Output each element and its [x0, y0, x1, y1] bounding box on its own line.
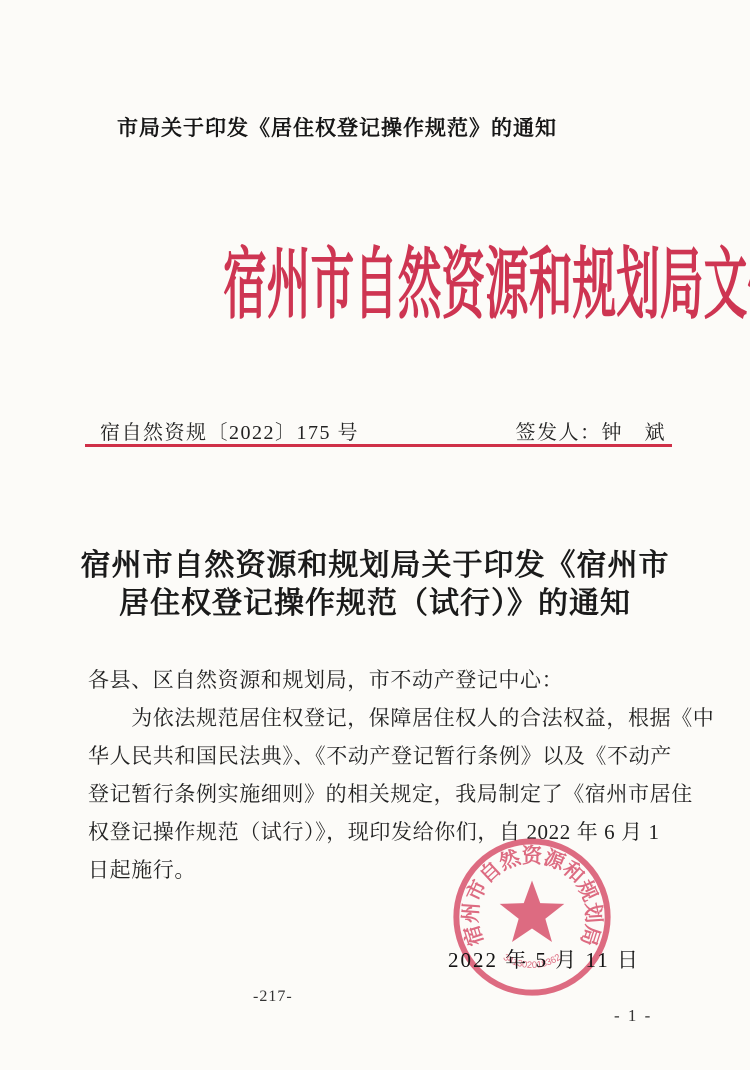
body-line: 华人民共和国民法典》、《不动产登记暂行条例》以及《不动产 — [88, 737, 678, 775]
seal-star-icon — [500, 880, 565, 942]
doc-title: 宿州市自然资源和规划局关于印发《宿州市 居住权登记操作规范（试行）》的通知 — [0, 547, 750, 623]
masthead-wrap: 宿州市自然资源和规划局文件 — [0, 240, 750, 330]
document-page: 市局关于印发《居住权登记操作规范》的通知 宿州市自然资源和规划局文件 宿自然资规… — [0, 0, 750, 1070]
red-rule — [85, 444, 672, 447]
masthead-title: 宿州市自然资源和规划局文件 — [223, 240, 750, 330]
doc-page-number: - 1 - — [614, 1006, 652, 1026]
book-page-number: -217- — [253, 988, 293, 1006]
official-seal: 宿州市自然资源和规划局 341302018362 — [447, 832, 617, 1002]
doc-title-line2: 居住权登记操作规范（试行）》的通知 — [0, 585, 750, 623]
body-line: 各县、区自然资源和规划局，市不动产登记中心： — [88, 661, 678, 699]
doc-number: 宿自然资规〔2022〕175 号 — [100, 416, 359, 445]
body-line: 为依法规范居住权登记，保障居住权人的合法权益，根据《中 — [88, 699, 678, 737]
body-line: 登记暂行条例实施细则》的相关规定，我局制定了《宿州市居住 — [88, 775, 678, 813]
issue-date: 2022 年 5 月 11 日 — [448, 944, 640, 974]
doc-title-line1: 宿州市自然资源和规划局关于印发《宿州市 — [0, 547, 750, 585]
top-reference-title: 市局关于印发《居住权登记操作规范》的通知 — [117, 112, 557, 142]
docnum-row: 宿自然资规〔2022〕175 号 签发人：钟 斌 — [100, 416, 666, 445]
signer-label: 签发人：钟 斌 — [516, 416, 667, 445]
